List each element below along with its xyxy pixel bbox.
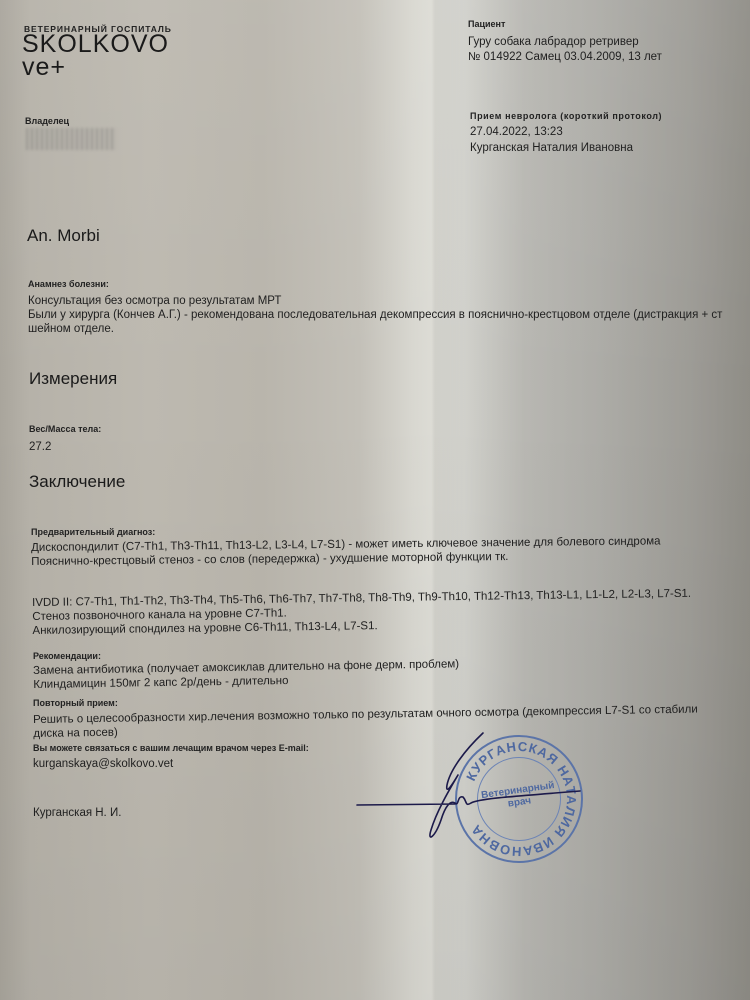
patient-name: Гуру собака лабрадор ретривер: [468, 35, 639, 49]
signature-icon: [355, 725, 595, 845]
weight-label: Вес/Масса тела:: [29, 424, 101, 434]
anamnesis-label: Анамнез болезни:: [28, 279, 109, 289]
owner-name-redacted: [26, 128, 116, 150]
conclusion-title: Заключение: [29, 472, 125, 492]
clinic-logo: SKOLKOVO ve+: [22, 33, 169, 79]
contact-label: Вы можете связаться с вашим лечащим врач…: [33, 743, 309, 753]
anamnesis-title: An. Morbi: [27, 226, 100, 246]
recommendations-text: Замена антибиотика (получает амоксиклав …: [33, 657, 459, 692]
diagnosis-text: Дискоспондилит (C7-Th1, Th3-Th11, Th13-L…: [31, 534, 661, 569]
doctor-short-name: Курганская Н. И.: [33, 806, 121, 820]
clinic-name-line2: ve+: [22, 56, 169, 79]
doctor-email[interactable]: kurganskaya@skolkovo.vet: [33, 757, 173, 771]
anamnesis-text: Консультация без осмотра по результатам …: [28, 294, 722, 336]
follow-up-label: Повторный прием:: [33, 698, 118, 708]
findings-text: IVDD II: C7-Th1, Th1-Th2, Th3-Th4, Th5-T…: [32, 587, 692, 638]
doctor-full-name: Курганская Наталия Ивановна: [470, 141, 633, 155]
paper-shading: [0, 0, 750, 1000]
recommendations-label: Рекомендации:: [33, 651, 101, 661]
diagnosis-label: Предварительный диагноз:: [31, 527, 155, 537]
owner-label: Владелец: [25, 116, 69, 126]
anamnesis-line: Были у хирурга (Кончев А.Г.) - рекомендо…: [28, 308, 722, 322]
measurements-title: Измерения: [29, 369, 117, 389]
anamnesis-line: Консультация без осмотра по результатам …: [28, 294, 722, 308]
visit-label: Прием невролога (короткий протокол): [470, 111, 662, 121]
patient-details: № 014922 Самец 03.04.2009, 13 лет: [468, 50, 662, 64]
patient-label: Пациент: [468, 19, 505, 29]
visit-datetime: 27.04.2022, 13:23: [470, 125, 563, 139]
anamnesis-line: шейном отделе.: [28, 322, 722, 336]
weight-value: 27.2: [29, 440, 51, 454]
